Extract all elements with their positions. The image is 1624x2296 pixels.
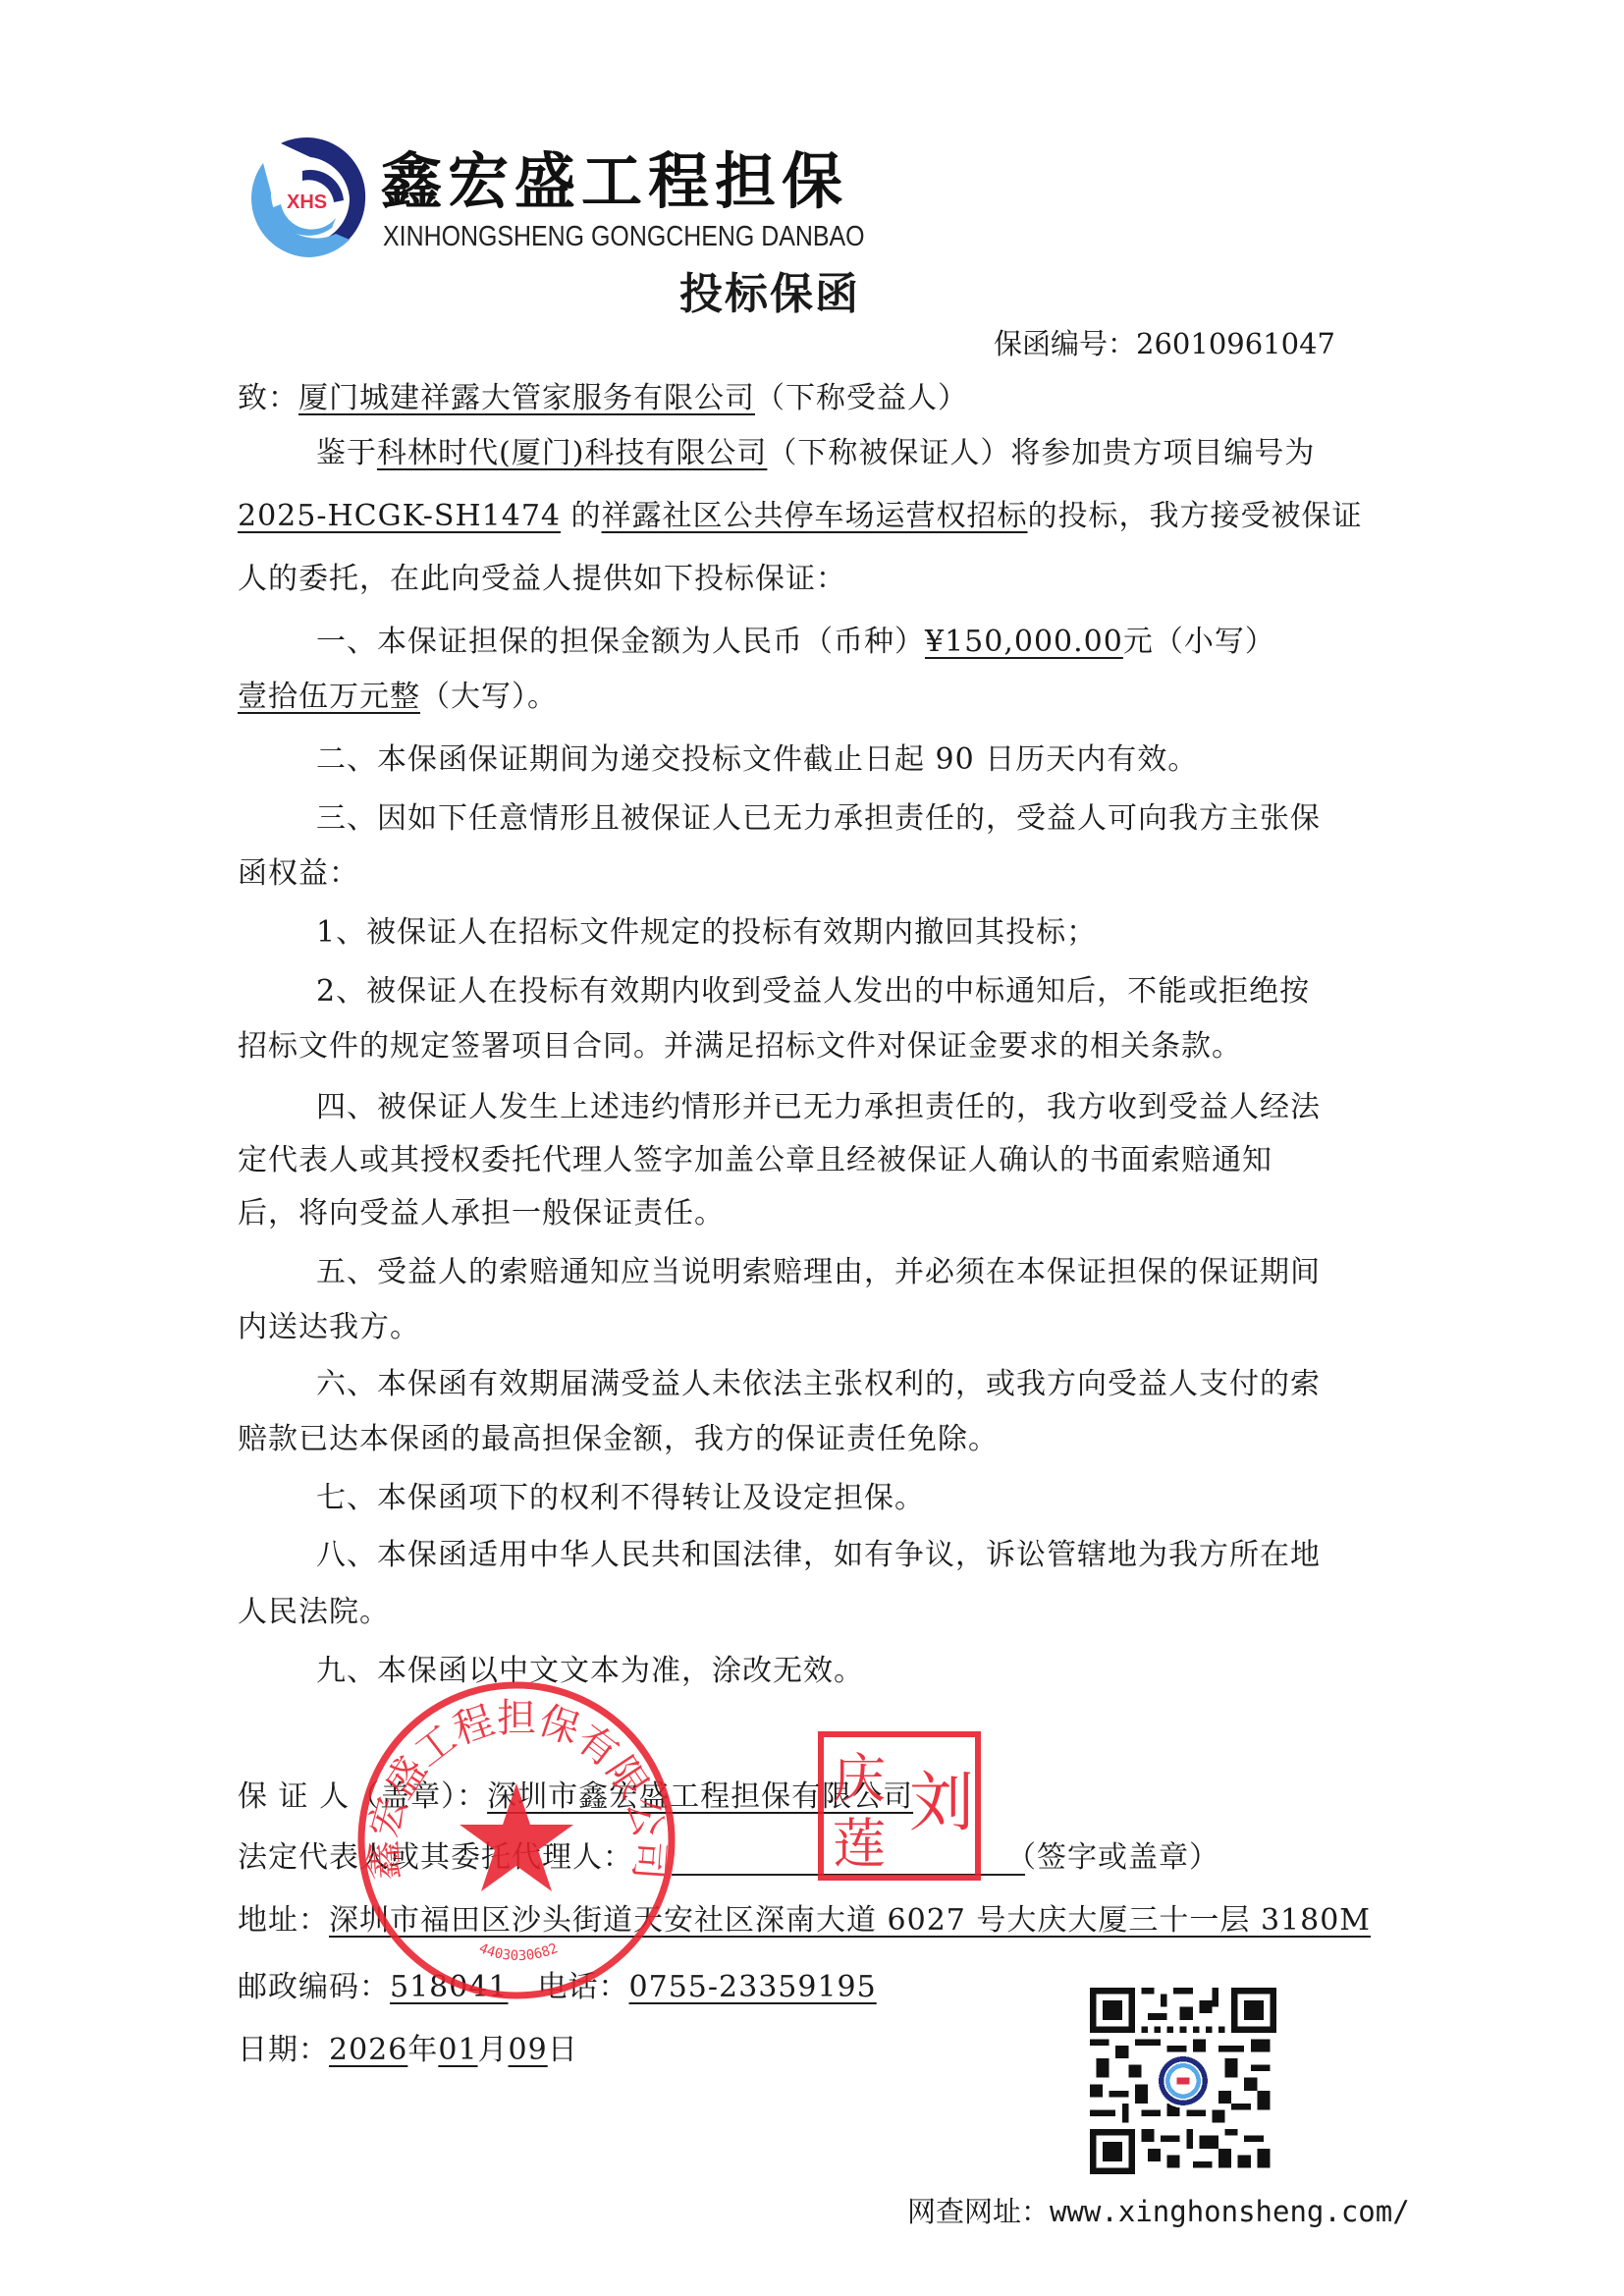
intro-line-3: 人的委托，在此向受益人提供如下投标保证： <box>238 558 846 601</box>
clause-5-line-2: 内送达我方。 <box>238 1306 420 1349</box>
clause-2: 二、本保函保证期间为递交投标文件截止日起 90 日历天内有效。 <box>316 738 1198 782</box>
intro-prefix: 鉴于 <box>316 436 377 470</box>
guarantee-number: 保函编号：26010961047 <box>994 324 1335 363</box>
company-logo-icon: XHS <box>242 132 373 263</box>
project-code: 2025-HCGK-SH1474 <box>238 499 561 533</box>
svg-text:4403030682: 4403030682 <box>477 1941 561 1964</box>
date-month-unit: 月 <box>478 2033 509 2067</box>
amount-numeric: ¥150,000.00 <box>925 625 1123 659</box>
clause-8-line-1: 八、本保函适用中华人民共和国法律，如有争议，诉讼管辖地为我方所在地 <box>316 1534 1321 1577</box>
clause-3-line-1: 三、因如下任意情形且被保证人已无力承担责任的，受益人可向我方主张保 <box>316 797 1321 841</box>
clause-1-mid: 元（小写） <box>1123 625 1275 659</box>
clause-6-line-1: 六、本保函有效期届满受益人未依法主张权利的，或我方向受益人支付的索 <box>316 1363 1321 1406</box>
date-day: 09 <box>509 2033 548 2067</box>
addressee-line: 致：厦门城建祥露大管家服务有限公司（下称受益人） <box>238 377 968 420</box>
clause-4-line-2: 定代表人或其授权委托代理人签字加盖公章且经被保证人确认的书面索赔通知 <box>238 1139 1272 1182</box>
svg-text:刘: 刘 <box>909 1765 974 1840</box>
clause-5-line-1: 五、受益人的索赔通知应当说明索赔理由，并必须在本保证担保的保证期间 <box>316 1251 1321 1294</box>
guarantee-number-label: 保函编号： <box>994 327 1136 360</box>
company-name-en: XINHONGSHENG GONGCHENG DANBAO <box>383 220 865 253</box>
clause-3-item-2-line-1: 2、被保证人在投标有效期内收到受益人发出的中标通知后，不能或拒绝按 <box>316 970 1310 1013</box>
verification-website: 网查网址：www.xinghonsheng.com/ <box>907 2192 1410 2231</box>
clause-3-item-1: 1、被保证人在招标文件规定的投标有效期内撤回其投标； <box>316 911 1097 955</box>
amount-words: 壹拾伍万元整 <box>238 680 420 714</box>
website-url[interactable]: www.xinghonsheng.com/ <box>1050 2195 1410 2228</box>
document-title: 投标保函 <box>679 267 860 322</box>
date-label: 日期： <box>238 2033 329 2067</box>
clause-3-item-2-line-2: 招标文件的规定签署项目合同。并满足招标文件对保证金要求的相关条款。 <box>238 1025 1242 1068</box>
clause-8-line-2: 人民法院。 <box>238 1591 390 1634</box>
addressee-suffix: （下称受益人） <box>755 381 968 415</box>
svg-text:庆: 庆 <box>833 1748 886 1810</box>
intro-line-2: 2025-HCGK-SH1474 的祥露社区公共停车场运营权招标的投标，我方接受… <box>238 495 1363 538</box>
date-year-unit: 年 <box>407 2033 438 2067</box>
svg-text:XHS: XHS <box>287 191 327 213</box>
clause-4-line-3: 后，将向受益人承担一般保证责任。 <box>238 1192 725 1235</box>
intro-mid: （下称被保证人）将参加贵方项目编号为 <box>767 436 1315 470</box>
clause-6-line-2: 赔款已达本保函的最高担保金额，我方的保证责任免除。 <box>238 1418 999 1461</box>
personal-seal-icon: 庆 刘 莲 <box>817 1730 982 1882</box>
beneficiary-name: 厦门城建祥露大管家服务有限公司 <box>298 381 755 415</box>
date-year: 2026 <box>329 2033 407 2067</box>
clause-3-line-2: 函权益： <box>238 852 359 896</box>
clause-1-suffix: （大写）。 <box>420 680 558 714</box>
clause-7: 七、本保函项下的权利不得转让及设定担保。 <box>316 1477 925 1520</box>
intro-p2-suffix: 的投标，我方接受被保证 <box>1028 499 1363 533</box>
address-label: 地址： <box>238 1903 329 1938</box>
website-label: 网查网址： <box>907 2195 1050 2228</box>
date-line: 日期：2026年01月09日 <box>238 2029 578 2072</box>
intro-p2-mid: 的 <box>561 499 602 533</box>
clause-1-prefix: 一、本保证担保的担保金额为人民币（币种） <box>316 625 925 659</box>
guarantee-number-value: 26010961047 <box>1136 327 1335 360</box>
date-month: 01 <box>438 2033 477 2067</box>
project-name: 祥露社区公共停车场运营权招标 <box>602 499 1028 533</box>
date-day-unit: 日 <box>548 2033 578 2067</box>
clause-1-line-2: 壹拾伍万元整（大写）。 <box>238 676 558 719</box>
clause-1-line-1: 一、本保证担保的担保金额为人民币（币种）¥150,000.00元（小写） <box>316 621 1275 664</box>
company-name-cn: 鑫宏盛工程担保 <box>381 147 848 216</box>
clause-4-line-1: 四、被保证人发生上述违约情形并已无力承担责任的，我方收到受益人经法 <box>316 1086 1321 1129</box>
svg-text:莲: 莲 <box>833 1813 886 1875</box>
company-seal-icon: 鑫宏盛工程担保有限公司 4403030682 <box>352 1675 681 2005</box>
addressee-prefix: 致： <box>238 381 298 415</box>
intro-line-1: 鉴于科林时代(厦门)科技有限公司（下称被保证人）将参加贵方项目编号为 <box>316 432 1315 475</box>
representative-suffix: （签字或盖章） <box>1006 1840 1219 1875</box>
qr-code-icon[interactable] <box>1090 1988 1276 2174</box>
principal-name: 科林时代(厦门)科技有限公司 <box>377 436 767 470</box>
